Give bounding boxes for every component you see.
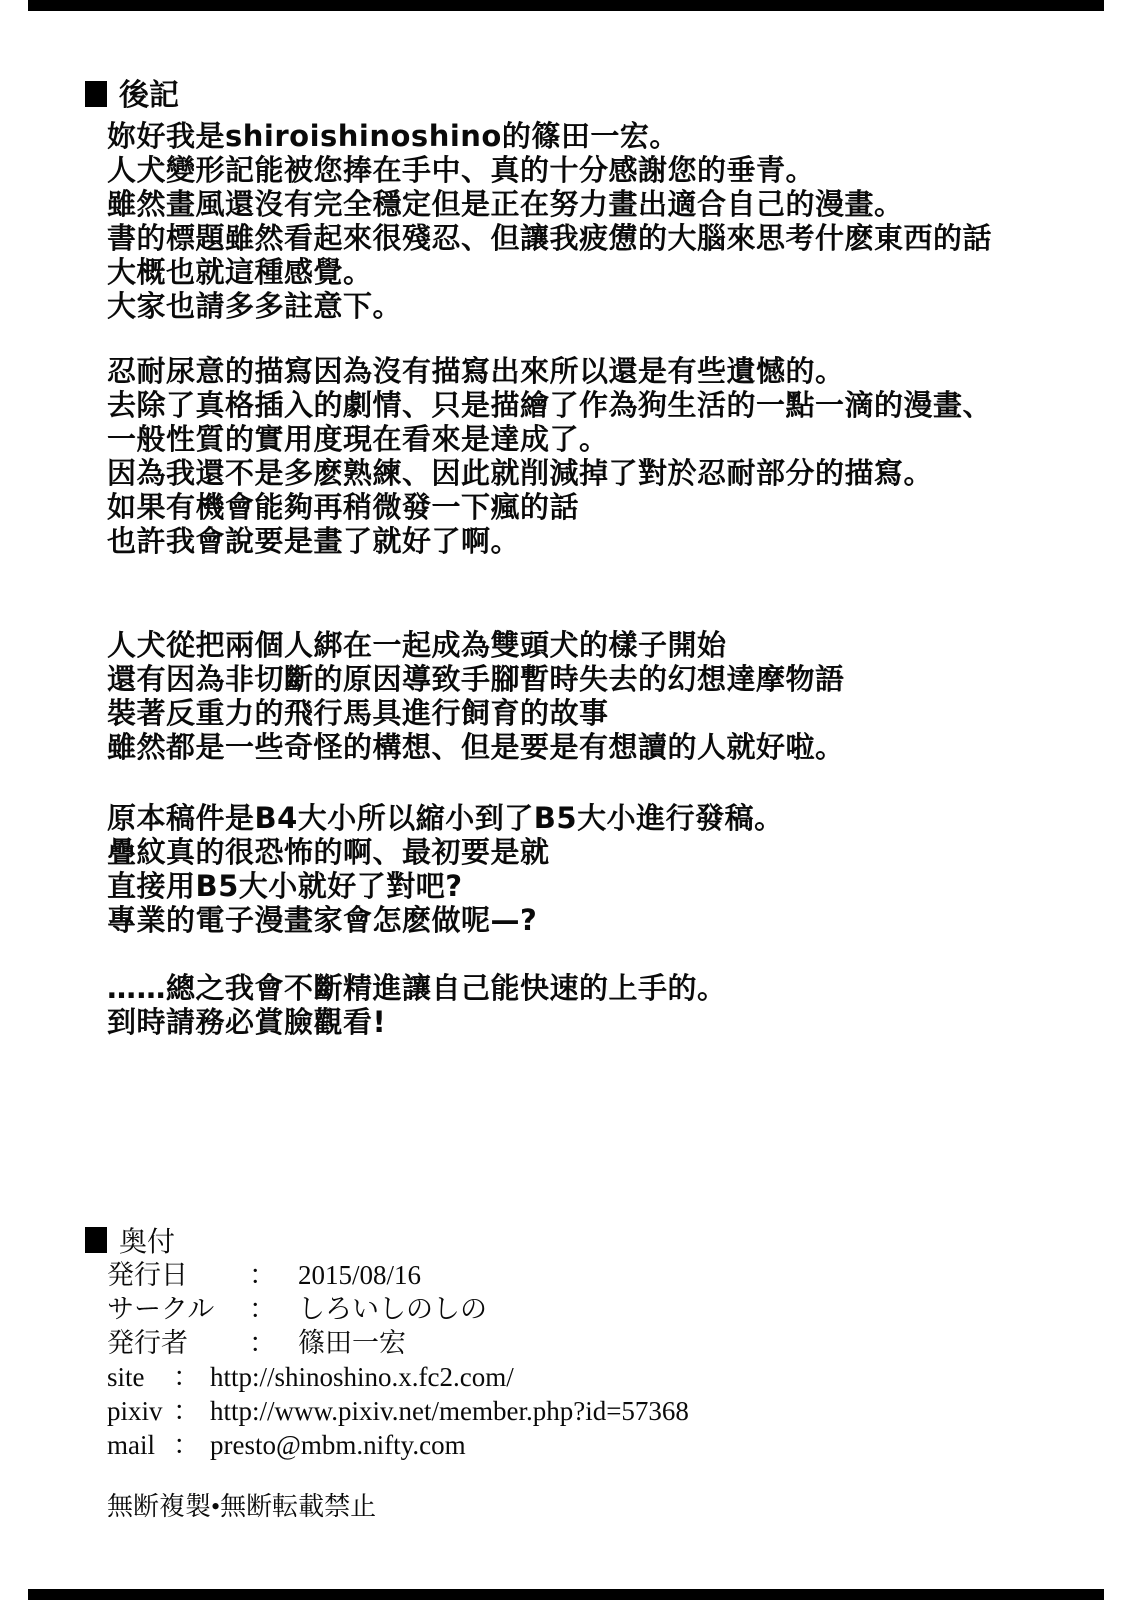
afterword-paragraph-ideas: 人犬從把兩個人綁在一起成為雙頭犬的樣子開始 還有因為非切斷的原因導致手腳暫時失去…: [107, 628, 845, 764]
row-colon: ：: [249, 1258, 276, 1292]
text-line: 裝著反重力的飛行馬具進行飼育的故事: [107, 696, 845, 730]
row-colon: ：: [173, 1360, 200, 1394]
row-colon: ：: [249, 1292, 276, 1326]
text-line: 一般性質的實用度現在看來是達成了。: [107, 422, 992, 456]
row-colon: ：: [173, 1428, 200, 1462]
afterword-heading: 後記: [85, 70, 179, 114]
pixiv-url-text: http://www.pixiv.net/member.php?id=57368: [200, 1394, 689, 1428]
text-line: 去除了真格插入的劇情、只是描繪了作為狗生活的一點一滴的漫畫、: [107, 388, 992, 422]
colophon-info-list: 発行日 ： 2015/08/16 サークル ： しろいしのしの 発行者 ： 篠田…: [107, 1258, 689, 1462]
text-line: 直接用B5大小就好了對吧?: [107, 869, 784, 903]
afterword-paragraph-regrets: 忍耐尿意的描寫因為沒有描寫出來所以還是有些遺憾的。 去除了真格插入的劇情、只是描…: [107, 354, 992, 558]
row-label: mail: [107, 1428, 173, 1462]
row-label: サークル: [107, 1292, 249, 1326]
colophon-row-publisher: 発行者 ： 篠田一宏: [107, 1326, 689, 1360]
afterword-paragraph-manuscript: 原本稿件是B4大小所以縮小到了B5大小進行發稿。 疊紋真的很恐怖的啊、最初要是就…: [107, 801, 784, 937]
text-line: 疊紋真的很恐怖的啊、最初要是就: [107, 835, 784, 869]
text-line: 書的標題雖然看起來很殘忍、但讓我疲憊的大腦來思考什麽東西的話: [107, 221, 992, 255]
row-label: pixiv: [107, 1394, 173, 1428]
row-label: 発行日: [107, 1258, 249, 1292]
colophon-row-publish-date: 発行日 ： 2015/08/16: [107, 1258, 689, 1292]
row-value: しろいしのしの: [276, 1292, 487, 1326]
text-line: 原本稿件是B4大小所以縮小到了B5大小進行發稿。: [107, 801, 784, 835]
colophon-row-site: site ： http://shinoshino.x.fc2.com/: [107, 1360, 689, 1394]
text-line: 還有因為非切斷的原因導致手腳暫時失去的幻想達摩物語: [107, 662, 845, 696]
section-square-marker: [85, 81, 107, 107]
text-line: 大概也就這種感覺。: [107, 255, 992, 289]
text-line: 大家也請多多註意下。: [107, 289, 992, 323]
text-line: 人犬變形記能被您捧在手中、真的十分感謝您的垂青。: [107, 153, 992, 187]
row-value: 2015/08/16: [276, 1258, 421, 1292]
afterword-paragraph-closing: ……總之我會不斷精進讓自己能快速的上手的。 到時請務必賞臉觀看!: [107, 971, 727, 1039]
text-line: 到時請務必賞臉觀看!: [107, 1005, 727, 1039]
text-line: 妳好我是shiroishinoshino的篠田一宏。: [107, 119, 992, 153]
mail-address-text: presto@mbm.nifty.com: [200, 1428, 466, 1462]
afterword-page: 後記 妳好我是shiroishinoshino的篠田一宏。 人犬變形記能被您捧在…: [0, 0, 1131, 1600]
colophon-heading-label: 奥付: [119, 1227, 175, 1258]
row-label: site: [107, 1360, 173, 1394]
colophon-row-mail: mail ： presto@mbm.nifty.com: [107, 1428, 689, 1462]
text-line: 如果有機會能夠再稍微發一下瘋的話: [107, 490, 992, 524]
text-line: 忍耐尿意的描寫因為沒有描寫出來所以還是有些遺憾的。: [107, 354, 992, 388]
row-value: 篠田一宏: [276, 1326, 406, 1360]
text-line: ……總之我會不斷精進讓自己能快速的上手的。: [107, 971, 727, 1005]
section-square-marker: [85, 1227, 107, 1253]
text-line: 也許我會說要是畫了就好了啊。: [107, 524, 992, 558]
afterword-paragraph-greeting: 妳好我是shiroishinoshino的篠田一宏。 人犬變形記能被您捧在手中、…: [107, 119, 992, 323]
copyright-notice: 無断複製•無断転載禁止: [107, 1492, 376, 1522]
colophon-row-pixiv: pixiv ： http://www.pixiv.net/member.php?…: [107, 1394, 689, 1428]
text-line: 雖然都是一些奇怪的構想、但是要是有想讀的人就好啦。: [107, 730, 845, 764]
scan-edge-top-bar: [28, 0, 1104, 11]
text-line: 雖然畫風還沒有完全穩定但是正在努力畫出適合自己的漫畫。: [107, 187, 992, 221]
row-colon: ：: [173, 1394, 200, 1428]
row-label: 発行者: [107, 1326, 249, 1360]
text-line: 因為我還不是多麽熟練、因此就削減掉了對於忍耐部分的描寫。: [107, 456, 992, 490]
text-line: 人犬從把兩個人綁在一起成為雙頭犬的樣子開始: [107, 628, 845, 662]
colophon-row-circle: サークル ： しろいしのしの: [107, 1292, 689, 1326]
scan-edge-bottom-bar: [28, 1589, 1104, 1600]
afterword-heading-label: 後記: [119, 78, 179, 113]
site-url-text: http://shinoshino.x.fc2.com/: [200, 1360, 514, 1394]
row-colon: ：: [249, 1326, 276, 1360]
text-line: 專業的電子漫畫家會怎麽做呢—?: [107, 903, 784, 937]
colophon-heading: 奥付: [85, 1220, 175, 1260]
